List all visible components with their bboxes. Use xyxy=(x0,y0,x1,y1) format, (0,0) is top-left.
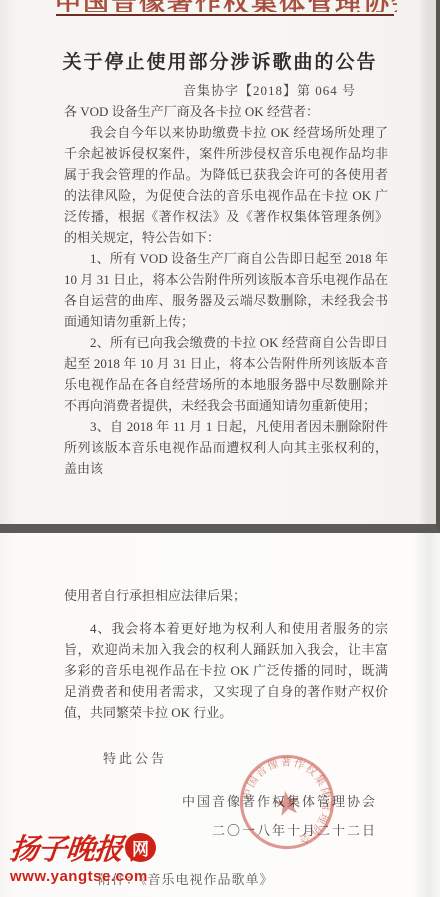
logo-badge-text: 网 xyxy=(132,835,149,860)
doc-number: 音集协字【2018】第 064 号 xyxy=(0,80,356,99)
seal-star-icon: ★ xyxy=(269,783,305,825)
body-paragraph: 2、所有已向我会缴费的卡拉 OK 经营商自公告即日起至 2018 年 10 月 … xyxy=(64,332,388,416)
letterhead-cropped: 中国音像著作权集体管理协会 xyxy=(55,0,397,12)
body-paragraph: 3、自 2018 年 11 月 1 日起，凡使用者因未删除附件所列该版本音乐电视… xyxy=(64,416,388,479)
speech-bubble-icon: 网 xyxy=(125,833,156,862)
body-paragraph: 我会自今年以来协助缴费卡拉 OK 经营场所处理了千余起被诉侵权案件，案件所涉侵权… xyxy=(64,122,388,248)
body-paragraph: 1、所有 VOD 设备生产厂商自公告即日起至 2018 年 10 月 31 日止… xyxy=(64,248,388,332)
body-text-page-2: 使用者自行承担相应法律后果； 4、我会将本着更好地为权利人和使用者服务的宗旨，欢… xyxy=(64,585,388,723)
body-paragraph: 4、我会将本着更好地为权利人和使用者服务的宗旨，欢迎尚未加入我会的权利人踊跃加入… xyxy=(64,618,388,723)
announcement-title: 关于停止使用部分涉诉歌曲的公告 xyxy=(0,47,440,74)
salutation: 各 VOD 设备生产厂商及各卡拉 OK 经营者： xyxy=(64,101,388,122)
official-seal-icon: ★ 中国音像著作权集体管理协会 xyxy=(230,745,344,859)
logo-url-text: www.yangtse.com xyxy=(10,868,180,885)
announcement-page-1: 中国音像著作权集体管理协会 关于停止使用部分涉诉歌曲的公告 音集协字【2018】… xyxy=(0,0,440,533)
closing-phrase: 特此公告 xyxy=(103,748,167,767)
yangtse-logo: 扬子晚报 网 www.yangtse.com xyxy=(10,833,180,885)
letterhead-text: 中国音像著作权集体管理协会 xyxy=(55,0,397,12)
logo-script-text: 扬子晚报 xyxy=(8,834,123,864)
continuation-line: 使用者自行承担相应法律后果； xyxy=(64,585,388,606)
body-text-page-1: 各 VOD 设备生产厂商及各卡拉 OK 经营者： 我会自今年以来协助缴费卡拉 O… xyxy=(64,101,388,479)
document-photo: 中国音像著作权集体管理协会 关于停止使用部分涉诉歌曲的公告 音集协字【2018】… xyxy=(0,0,440,897)
letterhead-rule xyxy=(56,14,394,16)
announcement-page-2: 使用者自行承担相应法律后果； 4、我会将本着更好地为权利人和使用者服务的宗旨，欢… xyxy=(0,533,440,897)
